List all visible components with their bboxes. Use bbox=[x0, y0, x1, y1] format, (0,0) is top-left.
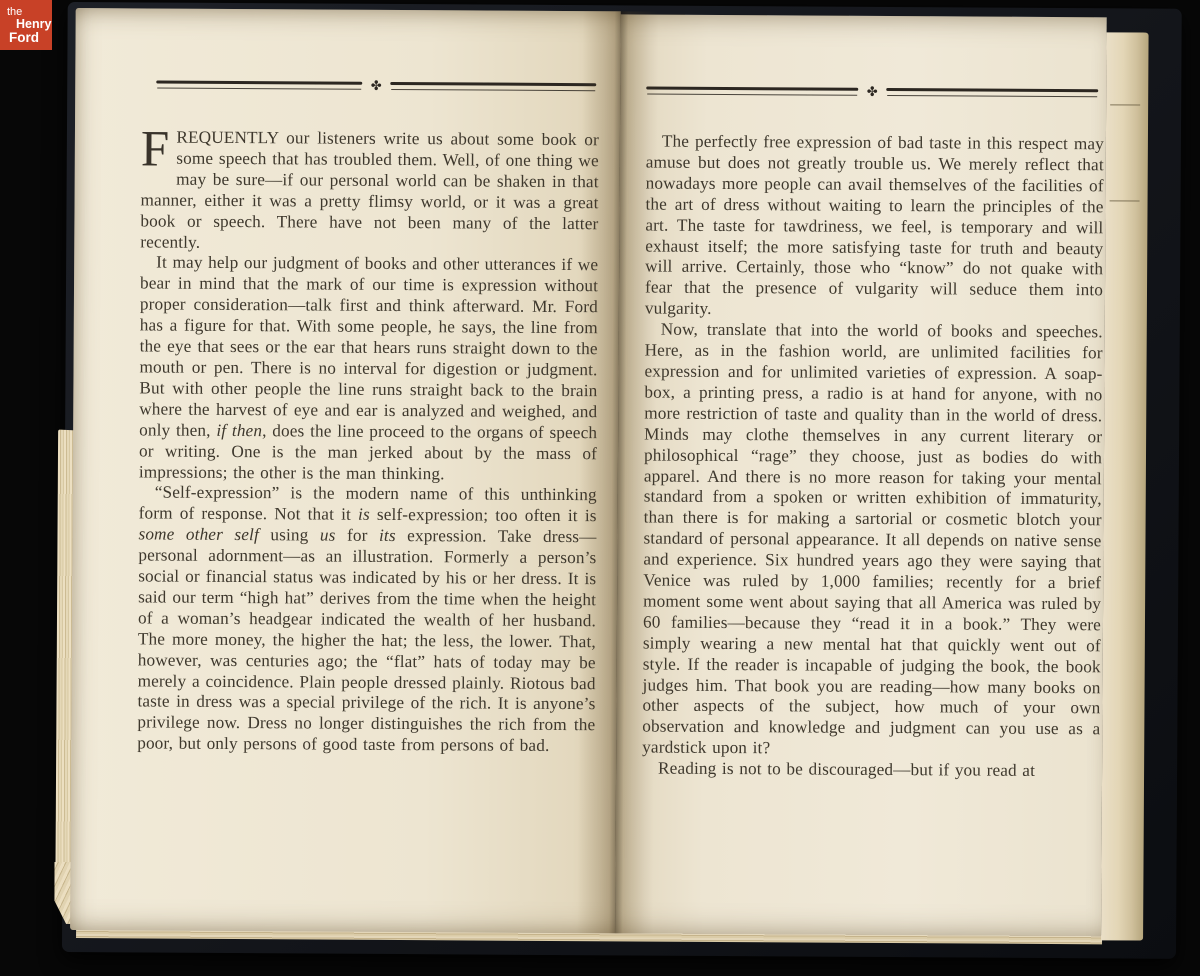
right-header-rule: ✤ bbox=[646, 87, 1098, 101]
open-book: ✤ FREQUENTLY our listeners write us abou… bbox=[54, 0, 1190, 969]
paragraph: Now, translate that into the world of bo… bbox=[642, 320, 1103, 762]
right-text-column: The perfectly free expression of bad tas… bbox=[642, 132, 1104, 783]
rule-segment bbox=[156, 81, 362, 93]
paragraph: “Self-expression” is the modern name of … bbox=[137, 483, 597, 758]
fore-edge bbox=[1101, 32, 1149, 940]
fleuron-ornament-icon: ✤ bbox=[867, 86, 878, 97]
left-page: ✤ FREQUENTLY our listeners write us abou… bbox=[70, 8, 621, 933]
logo-text-ford: Ford bbox=[9, 31, 52, 44]
left-header-rule: ✤ bbox=[156, 81, 596, 95]
paragraph-text: REQUENTLY our listeners write us about s… bbox=[140, 128, 599, 252]
henry-ford-logo: the Henry Ford bbox=[0, 0, 52, 50]
fleuron-ornament-icon: ✤ bbox=[371, 80, 382, 91]
rule-segment bbox=[391, 82, 597, 94]
paragraph: FREQUENTLY our listeners write us about … bbox=[140, 127, 599, 255]
paragraph: The perfectly free expression of bad tas… bbox=[645, 132, 1104, 323]
logo-text-the: the bbox=[7, 7, 52, 17]
rule-segment bbox=[646, 87, 858, 99]
logo-text-henry: Henry bbox=[16, 18, 52, 30]
fore-edge-line bbox=[1110, 104, 1140, 105]
rule-segment bbox=[887, 88, 1099, 100]
left-text-column: FREQUENTLY our listeners write us about … bbox=[137, 127, 599, 757]
fore-edge-line bbox=[1110, 200, 1140, 201]
paragraph: It may help our judgment of books and ot… bbox=[139, 253, 598, 486]
book-photo: the Henry Ford ✤ FREQUENTLY our listener… bbox=[0, 0, 1200, 976]
paragraph: Reading is not to be discouraged—but if … bbox=[642, 759, 1100, 783]
drop-cap: F bbox=[141, 127, 177, 169]
right-page: ✤ The perfectly free expression of bad t… bbox=[615, 14, 1107, 936]
